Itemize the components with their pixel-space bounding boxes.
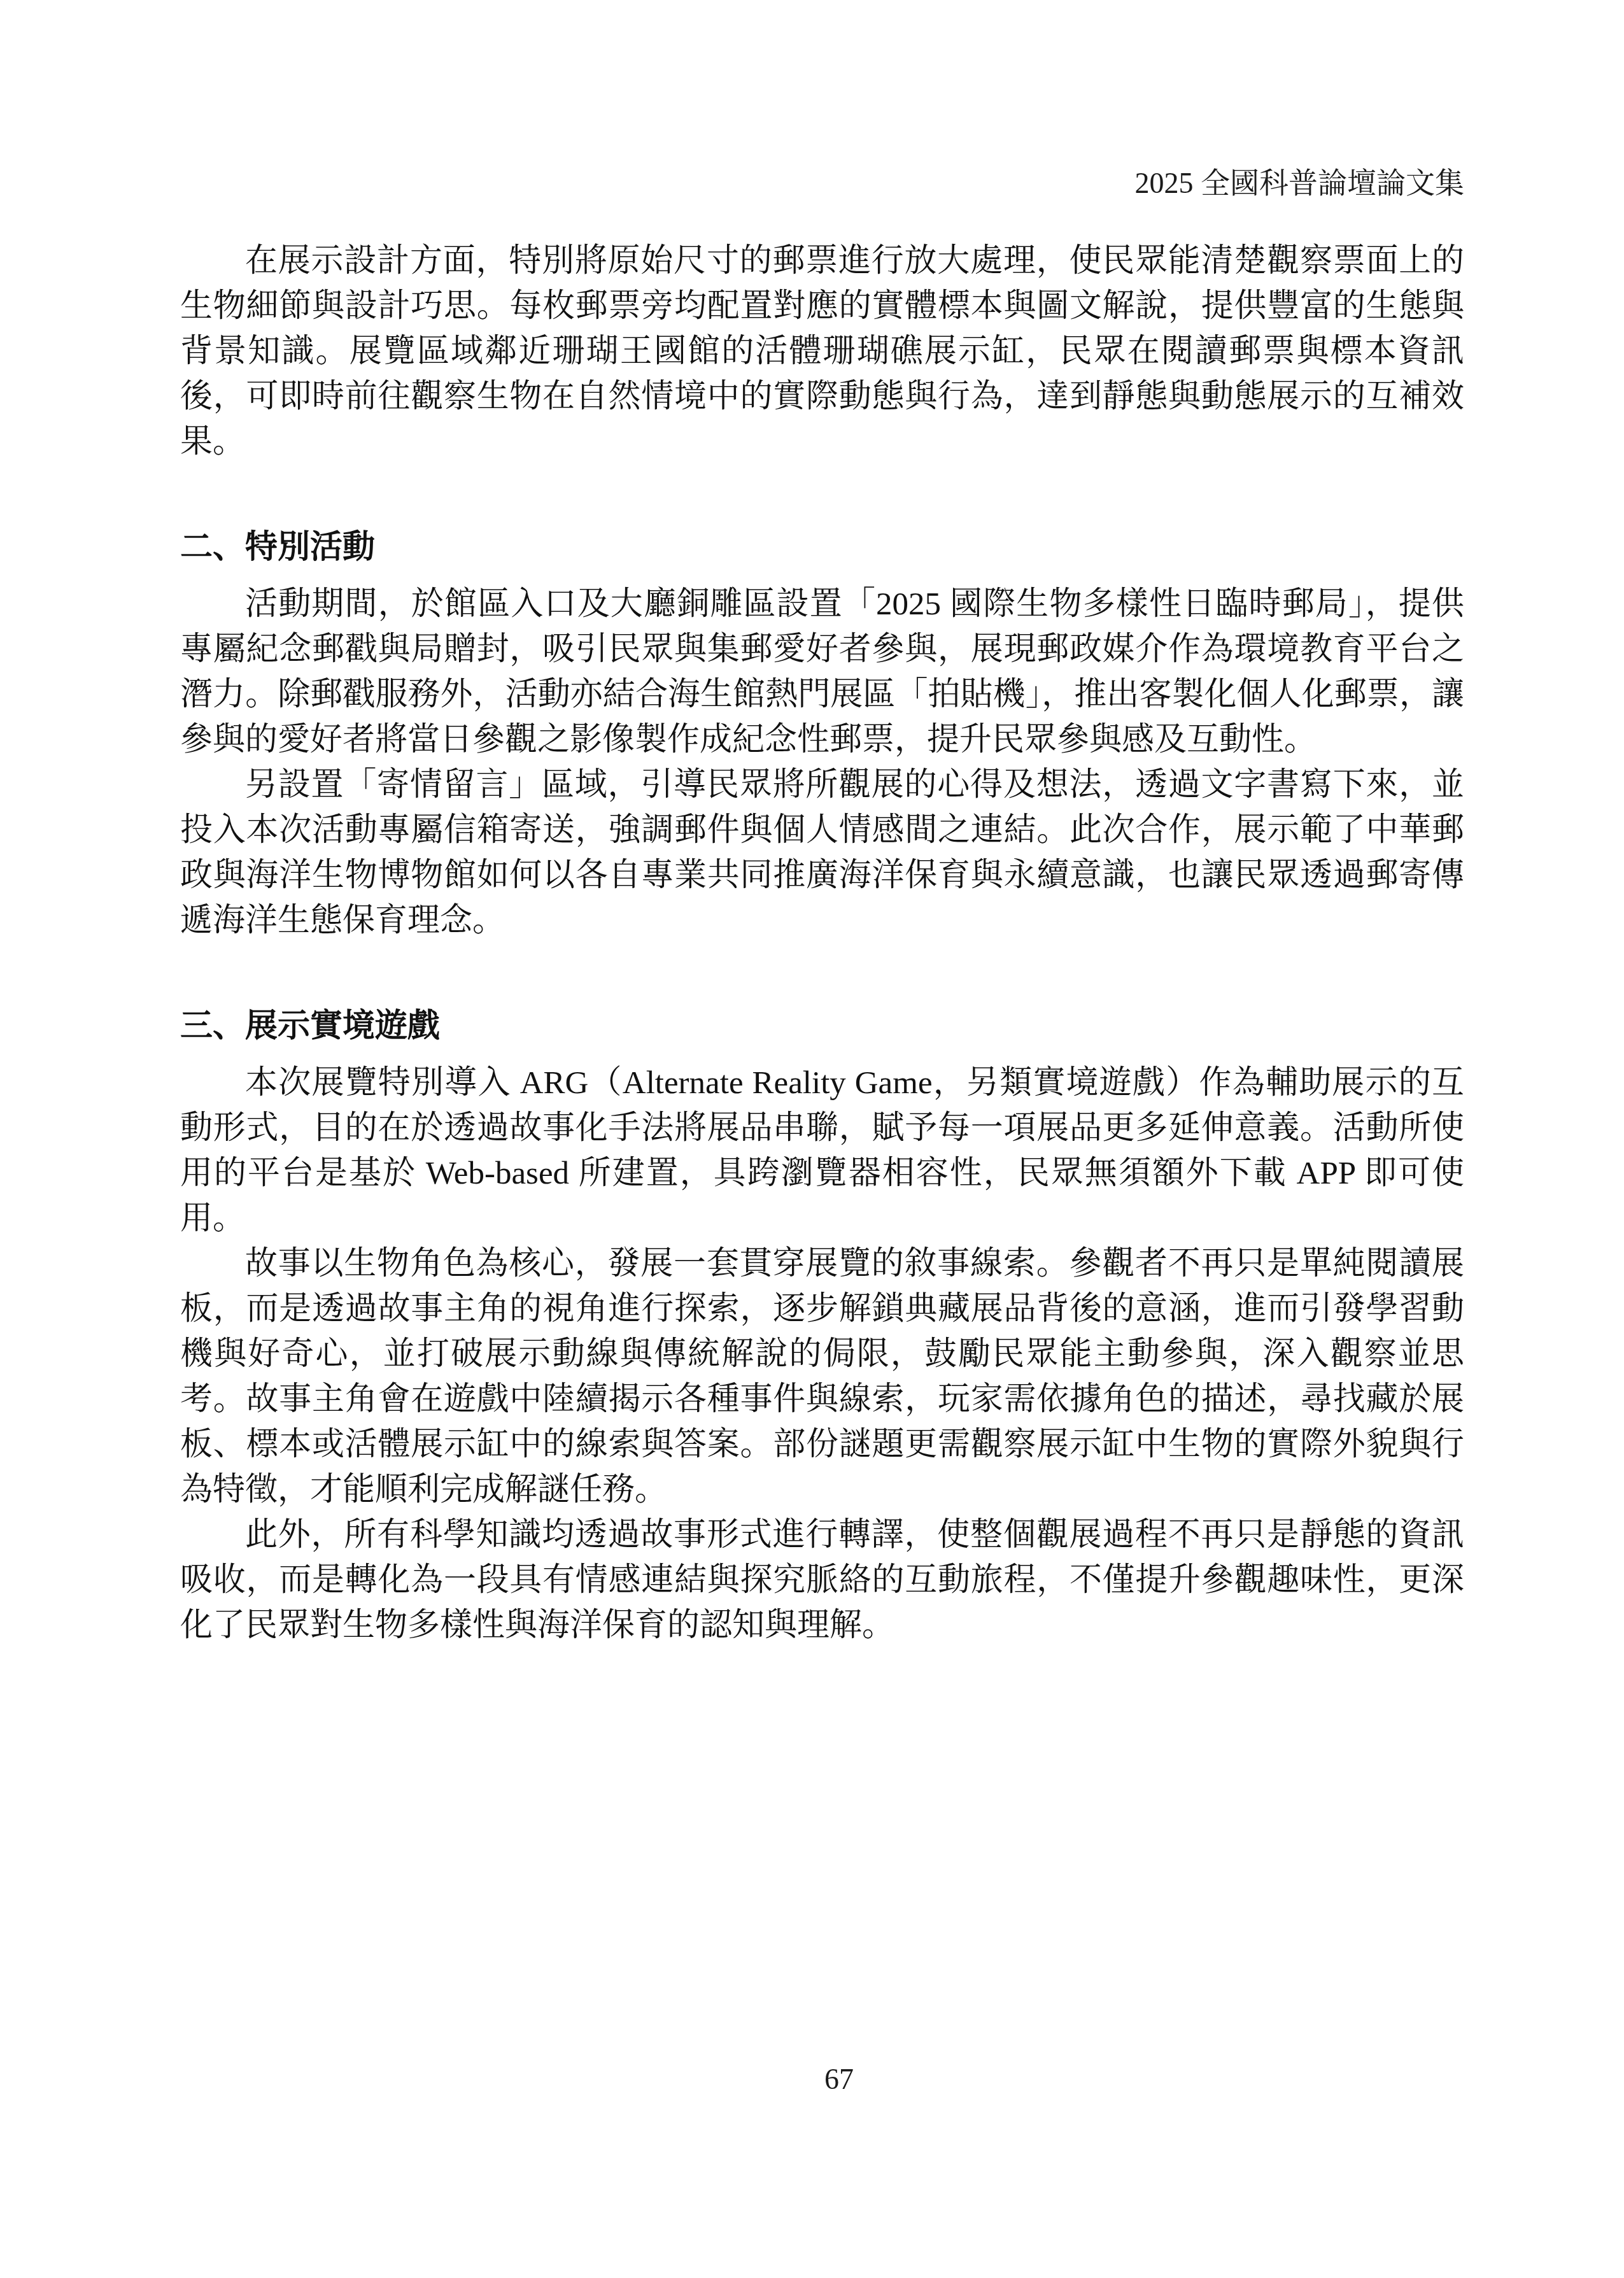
section-heading-special-events: 二、特別活動 xyxy=(180,525,1464,570)
paragraph-science-translation: 此外，所有科學知識均透過故事形式進行轉譯，使整個觀展過程不再只是靜態的資訊吸收，… xyxy=(180,1513,1464,1648)
page-number: 67 xyxy=(0,2062,1624,2097)
paragraph-story-characters: 故事以生物角色為核心，發展一套貫穿展覽的敘事線索。參觀者不再只是單純閱讀展板，而… xyxy=(180,1242,1464,1513)
paragraph-temporary-post-office: 活動期間，於館區入口及大廳銅雕區設置「2025 國際生物多樣性日臨時郵局」，提供… xyxy=(180,582,1464,763)
running-header: 2025 全國科普論壇論文集 xyxy=(180,164,1464,202)
paragraph-message-mailbox: 另設置「寄情留言」區域，引導民眾將所觀展的心得及想法，透過文字書寫下來，並投入本… xyxy=(180,763,1464,944)
section-heading-arg-game: 三、展示實境遊戲 xyxy=(180,1004,1464,1049)
paragraph-arg-introduction: 本次展覽特別導入 ARG（Alternate Reality Game，另類實境… xyxy=(180,1061,1464,1242)
paragraph-exhibit-design: 在展示設計方面，特別將原始尺寸的郵票進行放大處理，使民眾能清楚觀察票面上的生物細… xyxy=(180,239,1464,465)
document-page: 2025 全國科普論壇論文集 在展示設計方面，特別將原始尺寸的郵票進行放大處理，… xyxy=(0,0,1624,2278)
document-body: 在展示設計方面，特別將原始尺寸的郵票進行放大處理，使民眾能清楚觀察票面上的生物細… xyxy=(180,239,1464,1648)
